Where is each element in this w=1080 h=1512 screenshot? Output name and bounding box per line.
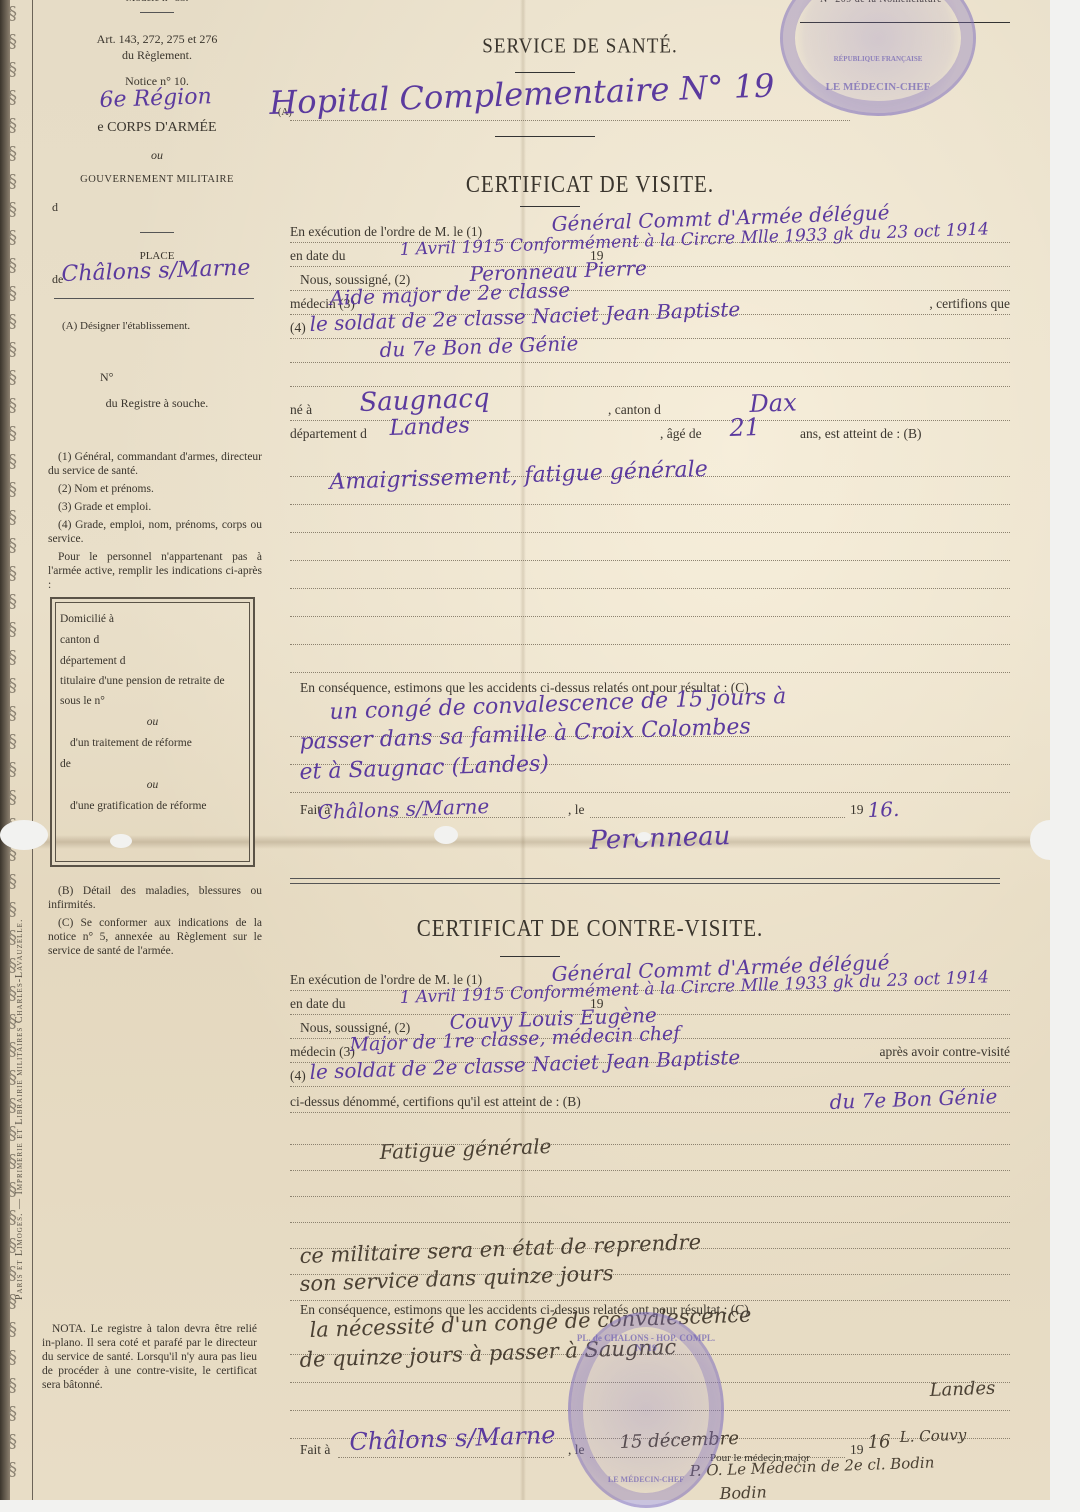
visite-year-hand: 16.	[867, 797, 900, 822]
service-title: SERVICE DE SANTÉ.	[380, 35, 780, 59]
tear-left	[0, 820, 48, 850]
legend-notes: (1) Général, commandant d'armes, directe…	[48, 450, 262, 596]
box-de: de	[60, 754, 245, 775]
nota-text: NOTA. Le registre à talon devra être rel…	[42, 1322, 257, 1392]
box-domicile: Domicilié à	[60, 609, 245, 630]
cv-year-hand: 16	[867, 1431, 891, 1453]
ou-label: ou	[42, 148, 272, 163]
cv-signature-couvy: L. Couvy	[899, 1426, 966, 1446]
document-paper: §§§§§§§§§§§§§§§§§§§§§§§§§§§§§§§§§§§§§§§§…	[0, 0, 1050, 1500]
note-b: (B) Détail des maladies, blessures ou in…	[48, 884, 262, 912]
nota-block: NOTA. Le registre à talon devra être rel…	[42, 1322, 257, 1396]
visite-title: CERTIFICAT DE VISITE.	[380, 170, 800, 199]
tear-right	[1030, 820, 1070, 860]
place-handwritten: Châlons s/Marne	[61, 255, 251, 287]
box-sous-le-n: sous le n°	[60, 691, 245, 712]
cv-resultat-hand-3: Landes	[929, 1378, 995, 1401]
stamp-top: LE MÉDECIN-CHEF RÉPUBLIQUE FRANÇAISE	[780, 0, 976, 116]
visite-blank-line	[290, 366, 1010, 387]
visite-maladie-line-7	[290, 624, 1010, 645]
contre-visite-title: CERTIFICAT DE CONTRE-VISITE.	[380, 914, 800, 943]
box-ou-2: ou	[60, 775, 245, 796]
box-departement: département d	[60, 651, 245, 672]
visite-departement-hand: Landes	[389, 413, 470, 441]
visite-maladie-line-4	[290, 540, 1010, 561]
articles: Art. 143, 272, 275 et 276	[42, 32, 272, 47]
gouvernement-militaire: GOUVERNEMENT MILITAIRE	[42, 174, 272, 185]
model-label: Modèle n° 83.	[42, 0, 272, 4]
border-rule	[32, 0, 33, 1500]
visite-age-hand: 21	[729, 413, 761, 442]
note-c: (C) Se conformer aux indications de la n…	[48, 916, 262, 958]
legend-1: (1) Général, commandant d'armes, directe…	[48, 450, 262, 478]
legend-4: (4) Grade, emploi, nom, prénoms, corps o…	[48, 518, 262, 546]
cv-maladie-line-4	[290, 1202, 1010, 1223]
cv-maladie-line-3	[290, 1176, 1010, 1197]
tear-hole-2	[434, 826, 458, 844]
box-traitement: d'un traitement de réforme	[60, 733, 245, 754]
box-canton: canton d	[60, 630, 245, 651]
cv-signature-bodin: Bodin	[719, 1482, 767, 1503]
tear-hole-3	[637, 832, 651, 842]
box-gratification: d'une gratification de réforme	[60, 796, 245, 817]
tear-hole-1	[110, 834, 132, 848]
printer-imprint: Paris et Limoges. — Imprimerie et Librai…	[14, 919, 25, 1300]
footnotes: (B) Détail des maladies, blessures ou in…	[48, 884, 262, 962]
legend-3: (3) Grade et emploi.	[48, 500, 262, 514]
box-ou-1: ou	[60, 712, 245, 733]
corps-armee: e CORPS D'ARMÉE	[42, 120, 272, 136]
region-handwritten: 6e Région	[99, 84, 212, 113]
stamp-bottom: PL. de CHALONS - HOP. COMPL. N° 19 LE MÉ…	[568, 1312, 724, 1508]
civilian-info-box: Domicilié à canton d département d titul…	[50, 597, 255, 867]
legend-2: (2) Nom et prénoms.	[48, 482, 262, 496]
reglement: du Règlement.	[42, 48, 272, 63]
d-label: d	[52, 200, 58, 215]
visite-maladie-line-3	[290, 512, 1010, 533]
section-separator	[290, 878, 1000, 884]
visite-maladie-line-5	[290, 568, 1010, 589]
numero-label: N°	[100, 370, 113, 385]
visite-maladie-line-8	[290, 652, 1010, 673]
visite-ne-hand: Saugnacq	[359, 383, 490, 418]
visite-signature: Peronneau	[589, 821, 731, 856]
designer-note: (A) Désigner l'établissement.	[62, 320, 190, 332]
visite-maladie-line-6	[290, 596, 1010, 617]
registre-label: du Registre à souche.	[42, 396, 272, 411]
box-titulaire: titulaire d'une pension de retraite de	[60, 672, 245, 691]
legend-5: Pour le personnel n'appartenant pas à l'…	[48, 550, 262, 592]
